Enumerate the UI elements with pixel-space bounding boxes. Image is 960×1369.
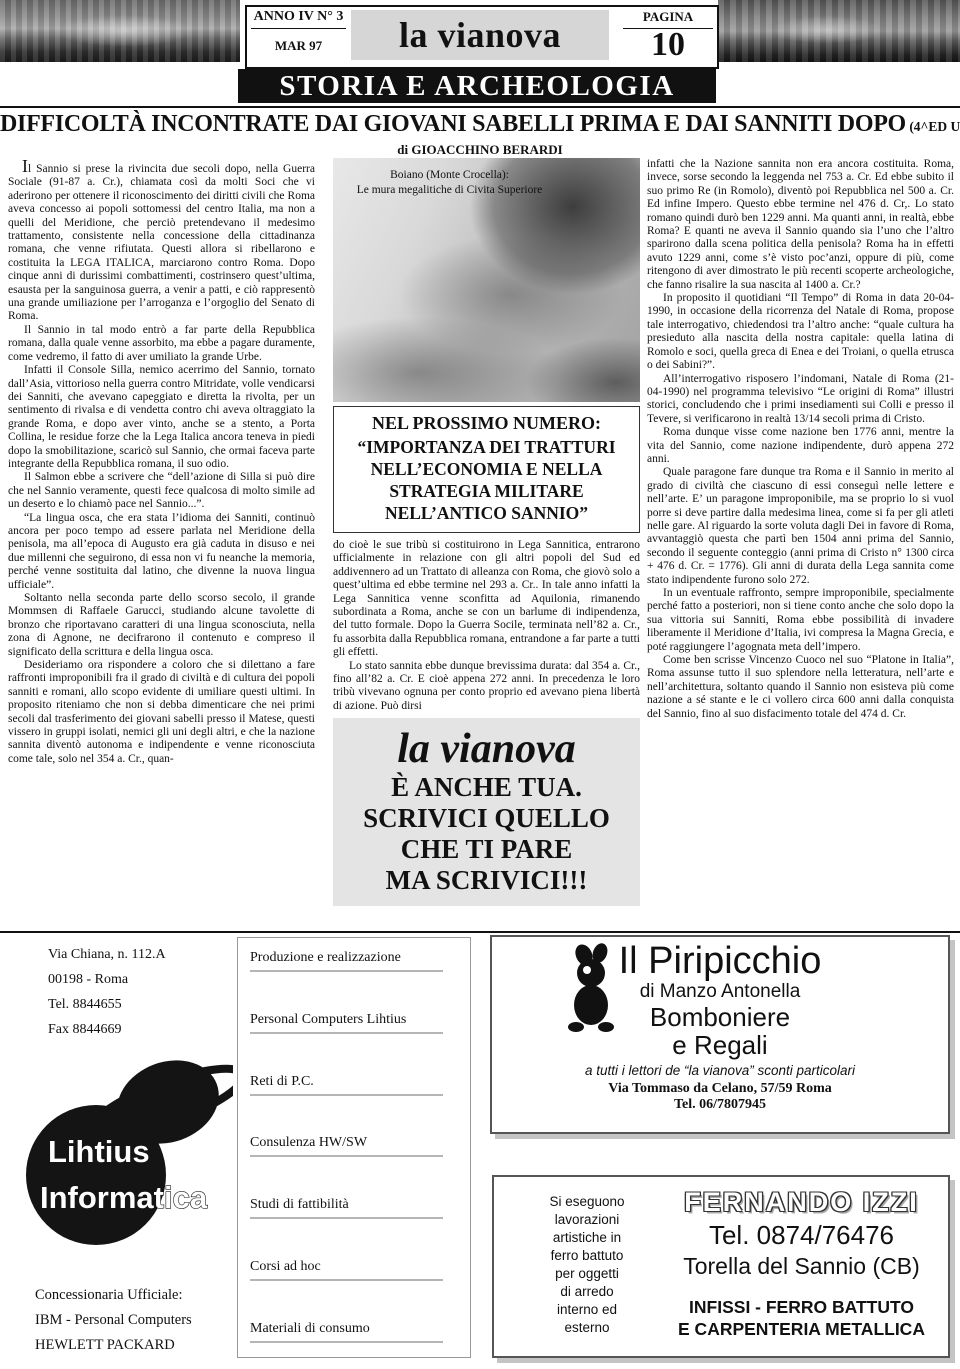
- service-label: Reti di P.C.: [250, 1074, 443, 1096]
- self-promo-box: la vianova È ANCHE TUA. SCRIVICI QUELLO …: [333, 718, 640, 906]
- paragraph: Soltanto nella seconda parte dello scors…: [8, 592, 315, 659]
- photo-caption: Boiano (Monte Crocella): Le mura megalit…: [339, 168, 560, 198]
- paragraph: Infatti il Console Silla, nemico acerrim…: [8, 364, 315, 471]
- izzi-services-line1: INFISSI - FERRO BATTUTO: [664, 1296, 939, 1318]
- paragraph: All’interrogativo risposero l’indomani, …: [647, 373, 954, 427]
- service-label: Corsi ad hoc: [250, 1259, 443, 1281]
- headline-text: DIFFICOLTÀ INCONTRATE DAI GIOVANI SABELL…: [0, 111, 906, 137]
- paragraph: do cioè le sue tribù si costituirono in …: [333, 539, 640, 660]
- paragraph: infatti che la Nazione sannita non era a…: [647, 158, 954, 292]
- lihtius-address: Via Chiana, n. 112.A 00198 - Roma Tel. 8…: [48, 942, 166, 1042]
- service-label: Personal Computers Lihtius: [250, 1012, 443, 1034]
- paragraph: In un eventuale raffronto, sempre improp…: [647, 587, 954, 654]
- photo-caption-line1: Boiano (Monte Crocella):: [339, 168, 560, 183]
- paragraph: Roma dunque visse come nazione ben 1776 …: [647, 426, 954, 466]
- photo-caption-line2: Le mura megalitiche di Civita Superiore: [339, 183, 560, 198]
- paragraph: In proposito il quotidiani “Il Tempo” di…: [647, 292, 954, 372]
- paragraph: Il Sannio si prese la rivincita due seco…: [8, 158, 315, 324]
- next-issue-title-line: NELL’ANTICO SANNIO”: [336, 502, 637, 524]
- izzi-main: FERNANDO IZZI Tel. 0874/76476 Torella de…: [664, 1187, 939, 1340]
- lihtius-logo-line1: Lihtius: [48, 1134, 150, 1169]
- article-headline: DIFFICOLTÀ INCONTRATE DAI GIOVANI SABELL…: [0, 111, 960, 138]
- article-column-1: Il Sannio si prese la rivincita due seco…: [8, 158, 315, 766]
- page-number: 10: [623, 30, 713, 60]
- lihtius-logo-line2: Informatica: [40, 1180, 208, 1215]
- izzi-ad: Si eseguono lavorazioni artistiche in fe…: [492, 1175, 950, 1358]
- paragraph: Come ben scrisse Vincenzo Cuoco nel suo …: [647, 654, 954, 721]
- piripicchio-mascot-icon: [564, 943, 618, 1035]
- izzi-city: Torella del Sannio (CB): [664, 1253, 939, 1280]
- promo-line: MA SCRIVICI!!!: [333, 865, 640, 896]
- lihtius-services-box: Produzione e realizzazione Personal Comp…: [237, 937, 471, 1358]
- next-issue-title-line: “IMPORTANZA DEI TRATTURI: [336, 436, 637, 458]
- promo-logo-text: la vianova: [333, 726, 640, 772]
- service-item: Materiali di consumo: [250, 1321, 458, 1343]
- article-photo: Boiano (Monte Crocella): Le mura megalit…: [333, 158, 640, 402]
- paragraph: Quale paragone fare dunque tra Roma e il…: [647, 466, 954, 587]
- newspaper-page: ANNO IV N° 3 MAR 97 la vianova PAGINA 10…: [0, 0, 960, 1369]
- piripicchio-product-line: e Regali: [492, 1031, 948, 1059]
- piripicchio-promo: a tutti i lettori de “la vianova” sconti…: [492, 1063, 948, 1078]
- service-label: Produzione e realizzazione: [250, 950, 443, 972]
- article-column-2: Boiano (Monte Crocella): Le mura megalit…: [333, 158, 640, 906]
- bottom-rule: [0, 931, 960, 933]
- next-issue-title-line: STRATEGIA MILITARE: [336, 480, 637, 502]
- column-2-text: do cioè le sue tribù si costituirono in …: [333, 539, 640, 713]
- service-item: Produzione e realizzazione: [250, 950, 458, 972]
- piripicchio-address: Via Tommaso da Celano, 57/59 Roma: [492, 1081, 948, 1097]
- page-info: PAGINA 10: [623, 9, 713, 60]
- service-label: Consulenza HW/SW: [250, 1135, 443, 1157]
- next-issue-title-line: NELL’ECONOMIA E NELLA: [336, 458, 637, 480]
- issue-info: ANNO IV N° 3 MAR 97: [251, 9, 346, 54]
- izzi-services: INFISSI - FERRO BATTUTO E CARPENTERIA ME…: [664, 1296, 939, 1340]
- izzi-services-line2: E CARPENTERIA METALLICA: [664, 1318, 939, 1340]
- paragraph: Il Sannio in tal modo entrò a far parte …: [8, 324, 315, 364]
- corner-photo-left: [0, 0, 240, 62]
- promo-line: SCRIVICI QUELLO: [333, 803, 640, 834]
- service-item: Corsi ad hoc: [250, 1259, 458, 1281]
- izzi-phone: Tel. 0874/76476: [664, 1220, 939, 1251]
- paragraph: Desideriamo ora rispondere a coloro che …: [8, 659, 315, 766]
- lihtius-dealer-text: Concessionaria Ufficiale: IBM - Personal…: [35, 1283, 192, 1358]
- piripicchio-title: Il Piripicchio: [492, 941, 948, 981]
- top-rule: [0, 106, 960, 108]
- piripicchio-subtitle: di Manzo Antonella: [492, 981, 948, 1003]
- next-issue-label: NEL PROSSIMO NUMERO:: [336, 413, 637, 434]
- piripicchio-product-line: Bomboniere: [492, 1003, 948, 1031]
- section-title: STORIA E ARCHEOLOGIA: [238, 69, 716, 103]
- service-label: Materiali di consumo: [250, 1321, 443, 1343]
- newspaper-logo: la vianova: [351, 10, 609, 60]
- issue-month: MAR 97: [251, 38, 346, 54]
- lihtius-logo: Lihtius Informatica: [18, 1040, 233, 1280]
- issue-number: ANNO IV N° 3: [251, 9, 346, 29]
- izzi-description: Si eseguono lavorazioni artistiche in fe…: [512, 1193, 662, 1337]
- promo-line: È ANCHE TUA.: [333, 772, 640, 803]
- service-label: Studi di fattibilità: [250, 1197, 443, 1219]
- masthead: ANNO IV N° 3 MAR 97 la vianova PAGINA 10: [245, 5, 719, 69]
- paragraph: Il Salmon ebbe a scrivere che “dell’azio…: [8, 471, 315, 511]
- service-item: Reti di P.C.: [250, 1074, 458, 1096]
- service-item: Studi di fattibilità: [250, 1197, 458, 1219]
- lihtius-logo-graphic: Lihtius Informatica: [18, 1040, 233, 1275]
- service-item: Personal Computers Lihtius: [250, 1012, 458, 1034]
- piripicchio-phone: Tel. 06/7807945: [492, 1097, 948, 1113]
- izzi-name: FERNANDO IZZI: [664, 1187, 939, 1218]
- next-issue-box: NEL PROSSIMO NUMERO: “IMPORTANZA DEI TRA…: [333, 406, 640, 533]
- service-item: Consulenza HW/SW: [250, 1135, 458, 1157]
- promo-line: CHE TI PARE: [333, 834, 640, 865]
- corner-photo-right: [718, 0, 960, 62]
- headline-suffix: (4^ED ULTIMA PARTE): [906, 119, 960, 134]
- piripicchio-ad: Il Piripicchio di Manzo Antonella Bombon…: [490, 935, 950, 1134]
- paragraph: Lo stato sannita ebbe dunque brevissima …: [333, 660, 640, 714]
- newspaper-logo-text: la vianova: [399, 14, 561, 56]
- paragraph: “La lingua osca, che era stata l’idioma …: [8, 512, 315, 592]
- article-column-3: infatti che la Nazione sannita non era a…: [647, 158, 954, 721]
- article-byline: di GIOACCHINO BERARDI: [0, 142, 960, 158]
